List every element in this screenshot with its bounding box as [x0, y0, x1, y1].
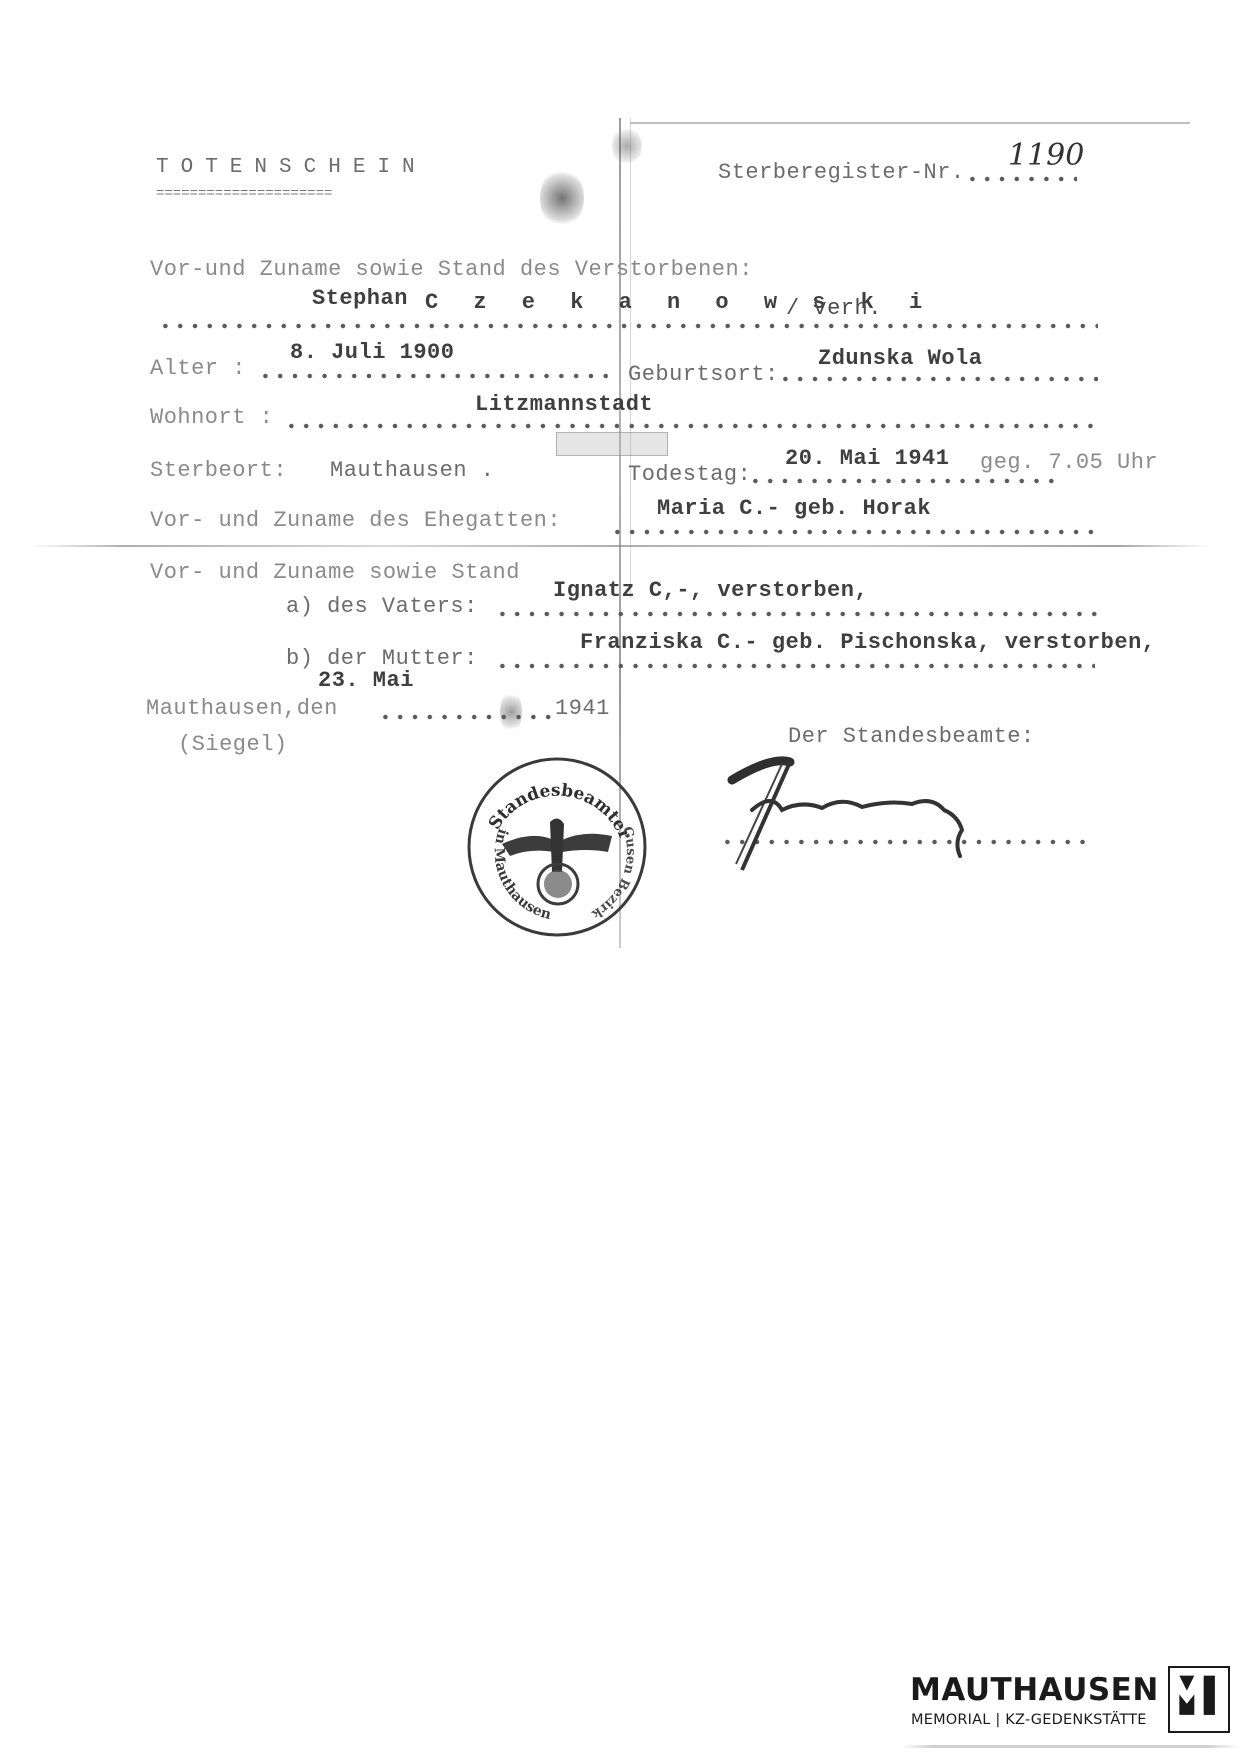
issue-day: 23. Mai [318, 668, 414, 693]
parents-label: Vor- und Zuname sowie Stand [150, 560, 520, 585]
signature-icon [712, 752, 1092, 872]
register-dotted-line [965, 175, 1077, 183]
logo-title: MAUTHAUSEN [910, 1672, 1159, 1708]
name-label: Vor-und Zuname sowie Stand des Verstorbe… [150, 257, 753, 282]
birthplace-label: Geburtsort: [628, 362, 779, 387]
title-underline: ===================== [156, 186, 332, 202]
age-value: 8. Juli 1900 [290, 340, 454, 365]
father-label: a) des Vaters: [286, 594, 478, 619]
deathplace-value: Mauthausen . [330, 458, 494, 483]
mauthausen-m-logo-icon [1168, 1666, 1230, 1733]
mother-dotted-line [495, 662, 1095, 670]
deathplace-label: Sterbeort: [150, 458, 287, 483]
register-number: 1190 [1008, 138, 1084, 173]
issue-date-dotted-line [378, 713, 553, 721]
place-date-label: Mauthausen,den [146, 696, 338, 721]
ink-smudge [612, 126, 642, 166]
residence-value: Litzmannstadt [475, 392, 653, 417]
ink-smudge [540, 168, 584, 228]
register-label: Sterberegister-Nr. [718, 160, 965, 185]
eagle-seal-icon: Standesbeamter in Mauthausen Gusen Bezir… [462, 752, 652, 942]
deathtime-value: geg. 7.05 Uhr [980, 450, 1158, 475]
name-dotted-line [158, 322, 1098, 330]
tape-mark [556, 432, 668, 456]
name-first: Stephan [312, 286, 408, 311]
father-value: Ignatz C,-, verstorben, [553, 578, 868, 603]
birthplace-dotted-line [778, 375, 1098, 383]
mother-value: Franziska C.- geb. Pischonska, verstorbe… [580, 630, 1156, 655]
residence-dotted-line [284, 422, 1099, 430]
mauthausen-memorial-logo: MAUTHAUSEN MEMORIAL | KZ-GEDENKSTÄTTE [900, 1672, 1230, 1742]
birthplace-value: Zdunska Wola [818, 346, 982, 371]
scanned-death-certificate: TOTENSCHEIN ===================== Sterbe… [0, 0, 1240, 1755]
document-title: TOTENSCHEIN [156, 156, 427, 179]
horizontal-fold-line [30, 545, 1210, 547]
marital-status: / verh. [786, 296, 882, 321]
deathdate-value: 20. Mai 1941 [785, 446, 949, 471]
spouse-value: Maria C.- geb. Horak [657, 496, 931, 521]
issue-year: 1941 [555, 696, 610, 721]
official-label: Der Standesbeamte: [788, 724, 1035, 749]
age-dotted-line [258, 372, 618, 380]
ink-smudge [500, 690, 522, 734]
deathdate-dotted-line [748, 477, 1058, 485]
paper-top-edge [630, 122, 1190, 125]
father-dotted-line [495, 610, 1100, 618]
logo-subtitle: MEMORIAL | KZ-GEDENKSTÄTTE [911, 1712, 1147, 1728]
spouse-dotted-line [610, 528, 1095, 536]
vertical-fold-shadow [630, 118, 631, 598]
age-label: Alter : [150, 356, 246, 381]
residence-label: Wohnort : [150, 405, 273, 430]
spouse-label: Vor- und Zuname des Ehegatten: [150, 508, 561, 533]
seal-label: (Siegel) [178, 732, 288, 757]
deathdate-label: Todestag: [628, 462, 751, 487]
logo-shadow [900, 1745, 1240, 1748]
